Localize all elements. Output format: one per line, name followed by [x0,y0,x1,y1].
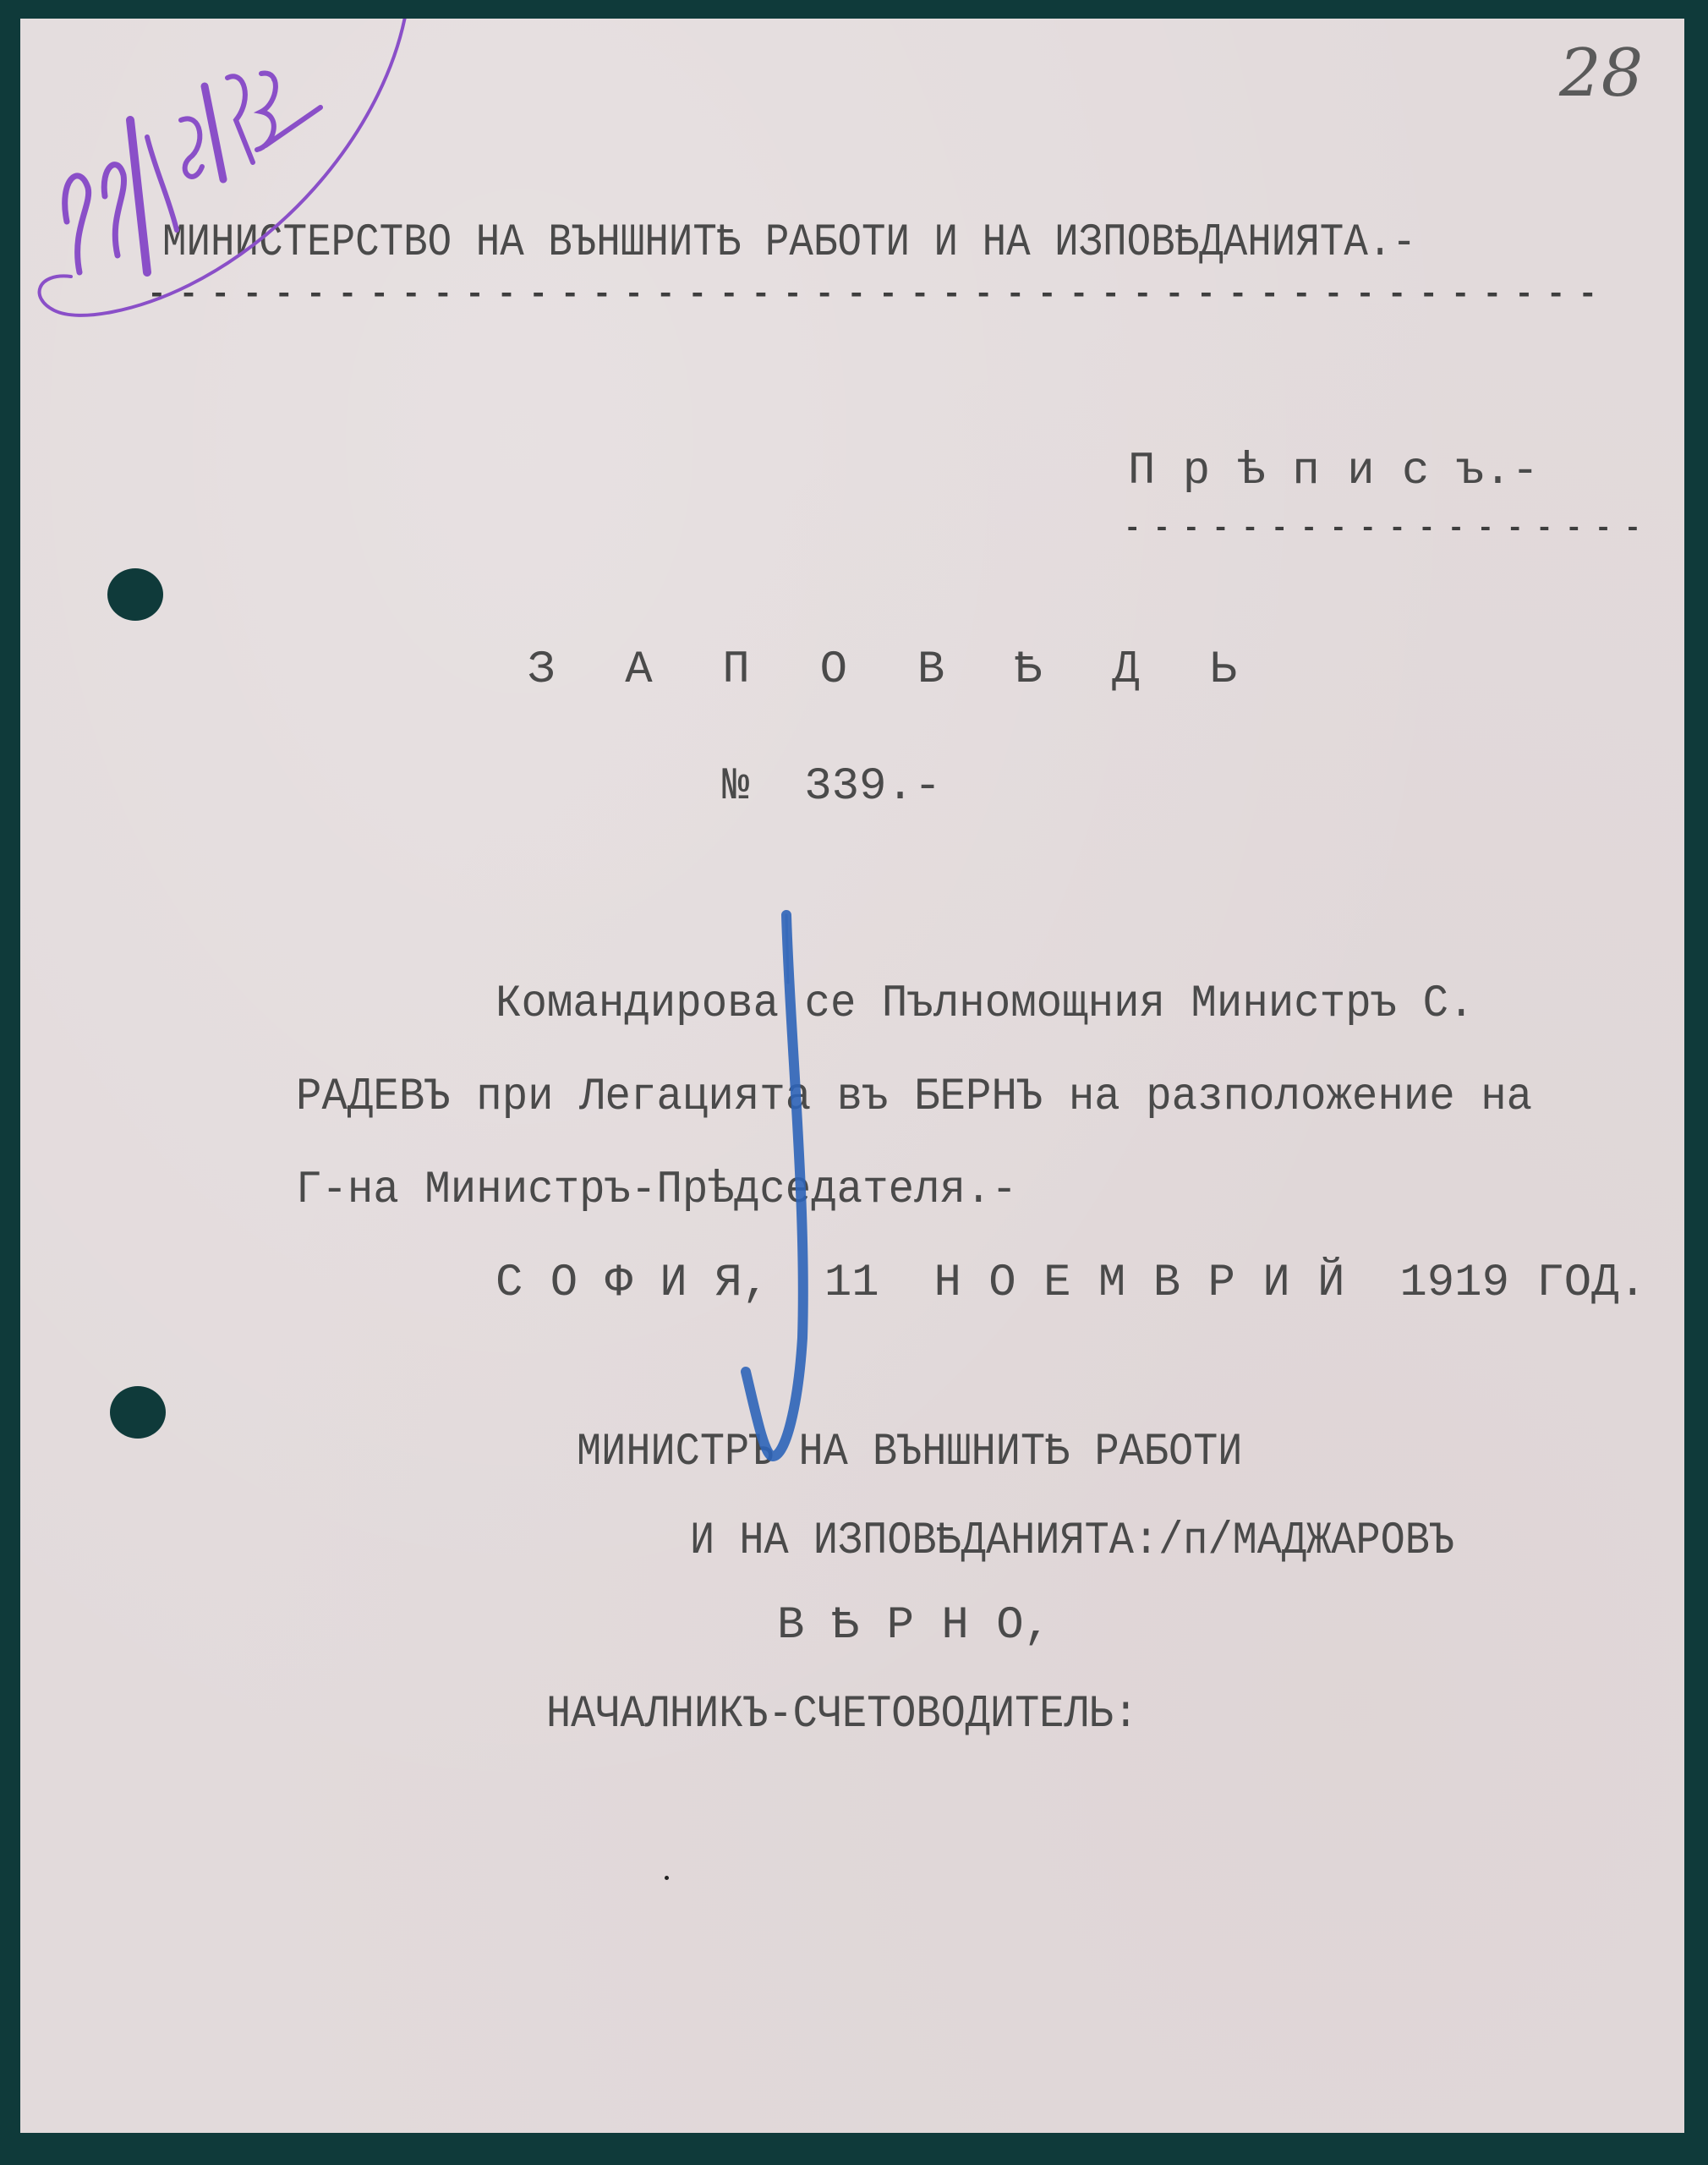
order-number: № 339.- [722,761,941,813]
ink-speck [665,1876,669,1880]
page-number: 28 [1559,36,1643,112]
copy-label: П р ѣ п и с ъ.- [1128,446,1539,497]
signature-line-1: МИНИСТРЪ НА ВЪНШНИТѢ РАБОТИ [577,1427,1242,1478]
document-title: З А П О В Ѣ Д Ь [528,644,1242,696]
body-line-1: Командирова се Пълномощния Министръ С. [495,978,1475,1030]
header-underline: - - - - - - - - - - - - - - - - - - - - … [147,277,1594,313]
copy-underline: - - - - - - - - - - - - - - - - - - [1124,513,1639,545]
certified-label: В Ѣ Р Н О, [777,1600,1051,1652]
punch-hole-bottom [110,1386,166,1439]
body-line-3: Г-на Министръ-Прѣдседателя.- [296,1165,1017,1216]
date-line: С О Ф И Я, 11 Н О Е М В Р И Й 1919 ГОД. [495,1258,1646,1309]
accountant-position: НАЧАЛНИКЪ-СЧЕТОВОДИТЕЛЬ: [546,1689,1138,1740]
document-page: 28 МИНИСТЕРСТВО НА ВЪНШНИТѢ РАБОТИ И НА … [20,19,1684,2133]
registry-stamp [40,19,405,315]
signature-line-2: И НА ИЗПОВѢДАНИЯТА:/п/МАДЖАРОВЪ [690,1515,1454,1567]
punch-hole-top [107,568,163,621]
ministry-header: МИНИСТЕРСТВО НА ВЪНШНИТѢ РАБОТИ И НА ИЗП… [162,217,1416,269]
body-line-2: РАДЕВЪ при Легацията въ БЕРНЪ на разполо… [296,1072,1532,1123]
